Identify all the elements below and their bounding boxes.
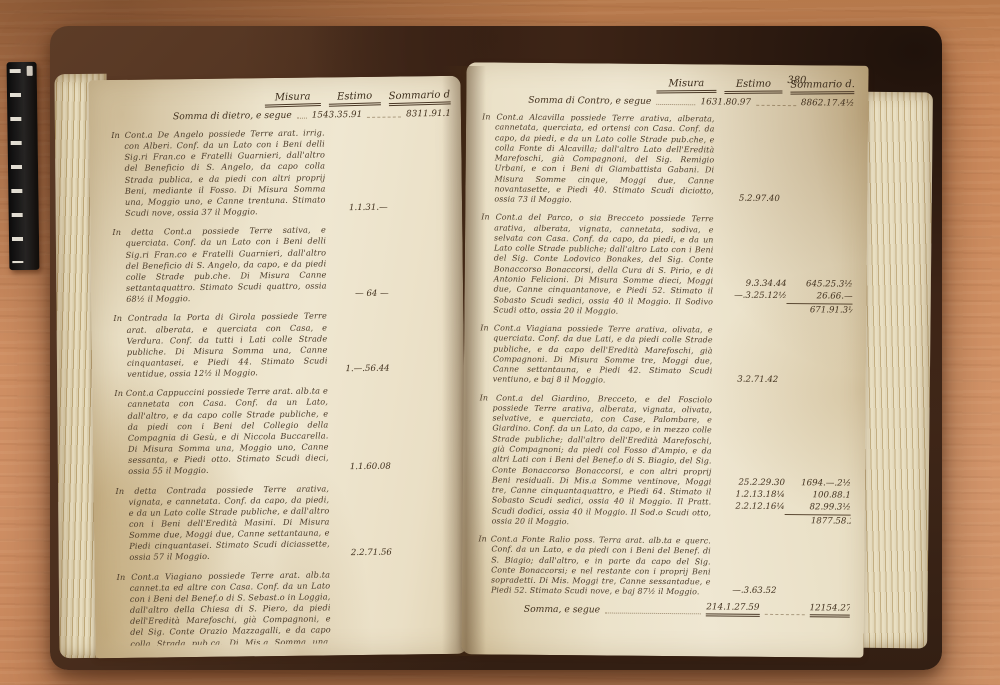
- amount-total-row: 1877.58.2: [717, 514, 851, 527]
- entry-amounts: 2.2.71.56188.22½: [335, 481, 457, 561]
- amount-row: 1.1.60.0859.08.4: [335, 460, 458, 472]
- misura-value: 5.2.97.40: [720, 194, 780, 205]
- sum-label: Somma di dietro, e segue: [173, 110, 292, 122]
- amount-row: — 64 —3.—: [333, 287, 458, 299]
- entry-amounts: 1.1.60.0859.08.4: [334, 383, 458, 475]
- misura-value: —.3.63.52: [716, 585, 776, 596]
- estimo-value: 403.85¼: [788, 194, 855, 205]
- book-gutter-shadow: [442, 66, 486, 656]
- amount-row: 2.2.71.56188.22½: [336, 546, 458, 558]
- entries-list-right: In Cont.a Alcavilla possiede Terre arati…: [478, 112, 854, 599]
- entry-description: In Cont.a Viagiana possiede Terre arativ…: [480, 323, 713, 387]
- dotted-leader: [656, 104, 695, 105]
- amount-row: 3.2.71.42309.88: [718, 374, 854, 386]
- amount-total-row: 671.91.3½: [719, 303, 853, 316]
- carryover-sum-line: Somma di Contro, e segue 1631.80.97 8862…: [482, 94, 854, 108]
- amount-row: 1.1.31.—49.78.1: [332, 201, 458, 213]
- column-header-misura: Misura: [656, 78, 716, 94]
- entry-description: In Cont.a Alcavilla possiede Terre arati…: [481, 112, 714, 206]
- photo-scale-ruler: [7, 62, 40, 270]
- ruler-tick-marks: [10, 69, 24, 263]
- entry-description: In Cont.a Viagiano possiede Terre arat. …: [116, 569, 331, 646]
- open-ledger-book: Misura Estimo Sommario d.o Somma di diet…: [50, 26, 942, 670]
- entry-description: In Cont.a del Parco, o sia Brecceto poss…: [480, 213, 713, 318]
- estimo-value: 26.66.—: [795, 291, 853, 302]
- ledger-entry: In Cont.a Viagiana possiede Terre arativ…: [480, 323, 853, 388]
- estimo-value: 645.25.3½: [795, 279, 853, 290]
- misura-value: 1.1.60.08: [335, 461, 391, 472]
- misura-value: 1.1.31.—: [332, 203, 388, 214]
- ledger-entry: In Contrada la Porta di Girola possiede …: [113, 309, 454, 380]
- misura-value: 2.2.12.16¼: [725, 502, 785, 513]
- column-header-estimo: Estimo: [329, 90, 381, 107]
- ledger-entry: In Cont.a De Angelo possiede Terre arat.…: [111, 126, 452, 219]
- page-total-line: Somma, e segue 214.1.27.59 12154.27.2: [478, 600, 850, 617]
- ledger-entry: In Cont.a del Giardino, Brecceto, e del …: [479, 393, 852, 530]
- amount-row: 1.2.13.18¼100.88.1: [717, 490, 851, 501]
- ruler-end-block: [27, 66, 33, 76]
- estimo-value: 82.99.3½: [793, 502, 851, 513]
- column-header-misura: Misura: [265, 91, 321, 108]
- misura-value: 9.3.34.44: [727, 279, 787, 290]
- sum-label: Somma di Contro, e segue: [528, 95, 651, 107]
- amount-row: 1.—.56.44128.38.2: [334, 362, 458, 374]
- misura-value: 25.2.29.30: [725, 478, 785, 489]
- sum-sommario-value: 8862.17.4½: [801, 98, 854, 108]
- dotted-leader: [297, 118, 307, 119]
- entry-amounts: 9.3.34.44645.25.3½—.3.25.12½26.66.—671.9…: [719, 215, 853, 319]
- dotted-leader: [605, 612, 701, 614]
- estimo-value: 100.88.1: [793, 490, 851, 501]
- entry-amounts: 3.2.71.42309.88: [718, 326, 854, 389]
- amount-row: 5.2.97.40403.85¼: [720, 194, 855, 206]
- ledger-entry: In Cont.a Viagiano possiede Terre arat. …: [116, 567, 457, 646]
- manuscript-page-right: 380 Misura Estimo Sommario d.o Somma di …: [461, 62, 868, 657]
- entry-amounts: —.3.63.5234.08.—: [716, 537, 854, 600]
- column-headers-left: Misura Estimo Sommario d.o: [111, 90, 451, 109]
- estimo-value: 1694.—.2½: [793, 478, 851, 489]
- estimo-total-value: 1877.58.2: [785, 514, 855, 527]
- ledger-entry: In Cont.a Cappuccini possiede Terre arat…: [114, 384, 455, 477]
- misura-value: — 64 —: [333, 289, 389, 300]
- misura-value: 2.2.71.56: [336, 547, 392, 558]
- entry-description: In Cont.a del Giardino, Brecceto, e del …: [479, 393, 713, 528]
- ledger-entry: In Cont.a del Parco, o sia Brecceto poss…: [480, 213, 853, 319]
- estimo-value: 34.08.—: [784, 586, 854, 597]
- misura-value: 3.2.71.42: [718, 374, 778, 385]
- entry-amounts: — 64 —3.—: [332, 222, 458, 302]
- entry-description: In detta Cont.a possiede Terre sativa, e…: [112, 225, 327, 306]
- ledger-entry: In detta Contrada possiede Terre arativa…: [115, 481, 456, 563]
- dash-filler: [367, 116, 401, 117]
- entry-amounts: 5.2.97.40403.85¼: [720, 114, 855, 208]
- estimo-total-value: 671.91.3½: [786, 303, 854, 316]
- amount-row: 9.3.34.44645.25.3½: [719, 279, 853, 290]
- misura-value: 1.2.13.18¼: [725, 490, 785, 501]
- sum-misura-value: 1543.35.91: [312, 110, 362, 121]
- misura-value: —.3.25.12½: [727, 291, 787, 302]
- amount-row: 2.2.12.16¼82.99.3½: [717, 502, 851, 513]
- dash-filler: [764, 614, 804, 615]
- photograph-of-manuscript-ledger: Misura Estimo Sommario d.o Somma di diet…: [0, 0, 1000, 685]
- sum-misura-value: 1631.80.97: [701, 97, 751, 107]
- entry-description: In Cont.a Fonte Ralio poss. Terra arat. …: [478, 534, 711, 598]
- misura-value: 1.—.56.44: [334, 364, 390, 375]
- sum-misura-value: 214.1.27.59: [706, 602, 759, 616]
- column-header-sommario: Sommario d.o: [790, 79, 854, 95]
- entry-amounts: 1.3.42.38121.78: [336, 567, 457, 646]
- entry-amounts: 1.1.31.—49.78.1: [331, 125, 458, 217]
- ledger-entry: In Cont.a Alcavilla possiede Terre arati…: [481, 112, 854, 208]
- sum-label: Somma, e segue: [524, 603, 600, 615]
- amount-row: —.3.25.12½26.66.—: [719, 291, 853, 302]
- ledger-entry: In Cont.a Fonte Ralio poss. Terra arat. …: [478, 534, 851, 599]
- sum-sommario-value: 12154.27.2: [809, 603, 854, 617]
- entry-amounts: 25.2.29.301694.—.2½1.2.13.18¼100.88.12.2…: [717, 395, 852, 530]
- column-header-estimo: Estimo: [724, 79, 782, 95]
- column-headers-right: Misura Estimo Sommario d.o: [482, 76, 854, 94]
- entry-amounts: 1.—.56.44128.38.2: [333, 308, 457, 377]
- estimo-value: 309.88: [786, 375, 854, 386]
- manuscript-page-left: Misura Estimo Sommario d.o Somma di diet…: [88, 76, 467, 659]
- carryover-sum-line: Somma di dietro, e segue 1543.35.91 8311…: [111, 108, 451, 123]
- entry-description: In Contrada la Porta di Girola possiede …: [113, 311, 327, 381]
- entry-description: In detta Contrada possiede Terre arativa…: [115, 483, 330, 564]
- entry-description: In Cont.a Cappuccini possiede Terre arat…: [114, 386, 329, 478]
- dash-filler: [756, 105, 796, 106]
- amount-row: 25.2.29.301694.—.2½: [717, 478, 851, 489]
- ledger-entry: In detta Cont.a possiede Terre sativa, e…: [112, 223, 453, 305]
- entry-description: In Cont.a De Angelo possiede Terre arat.…: [111, 127, 326, 219]
- entries-list-left: In Cont.a De Angelo possiede Terre arat.…: [111, 126, 457, 646]
- amount-row: —.3.63.5234.08.—: [716, 585, 854, 597]
